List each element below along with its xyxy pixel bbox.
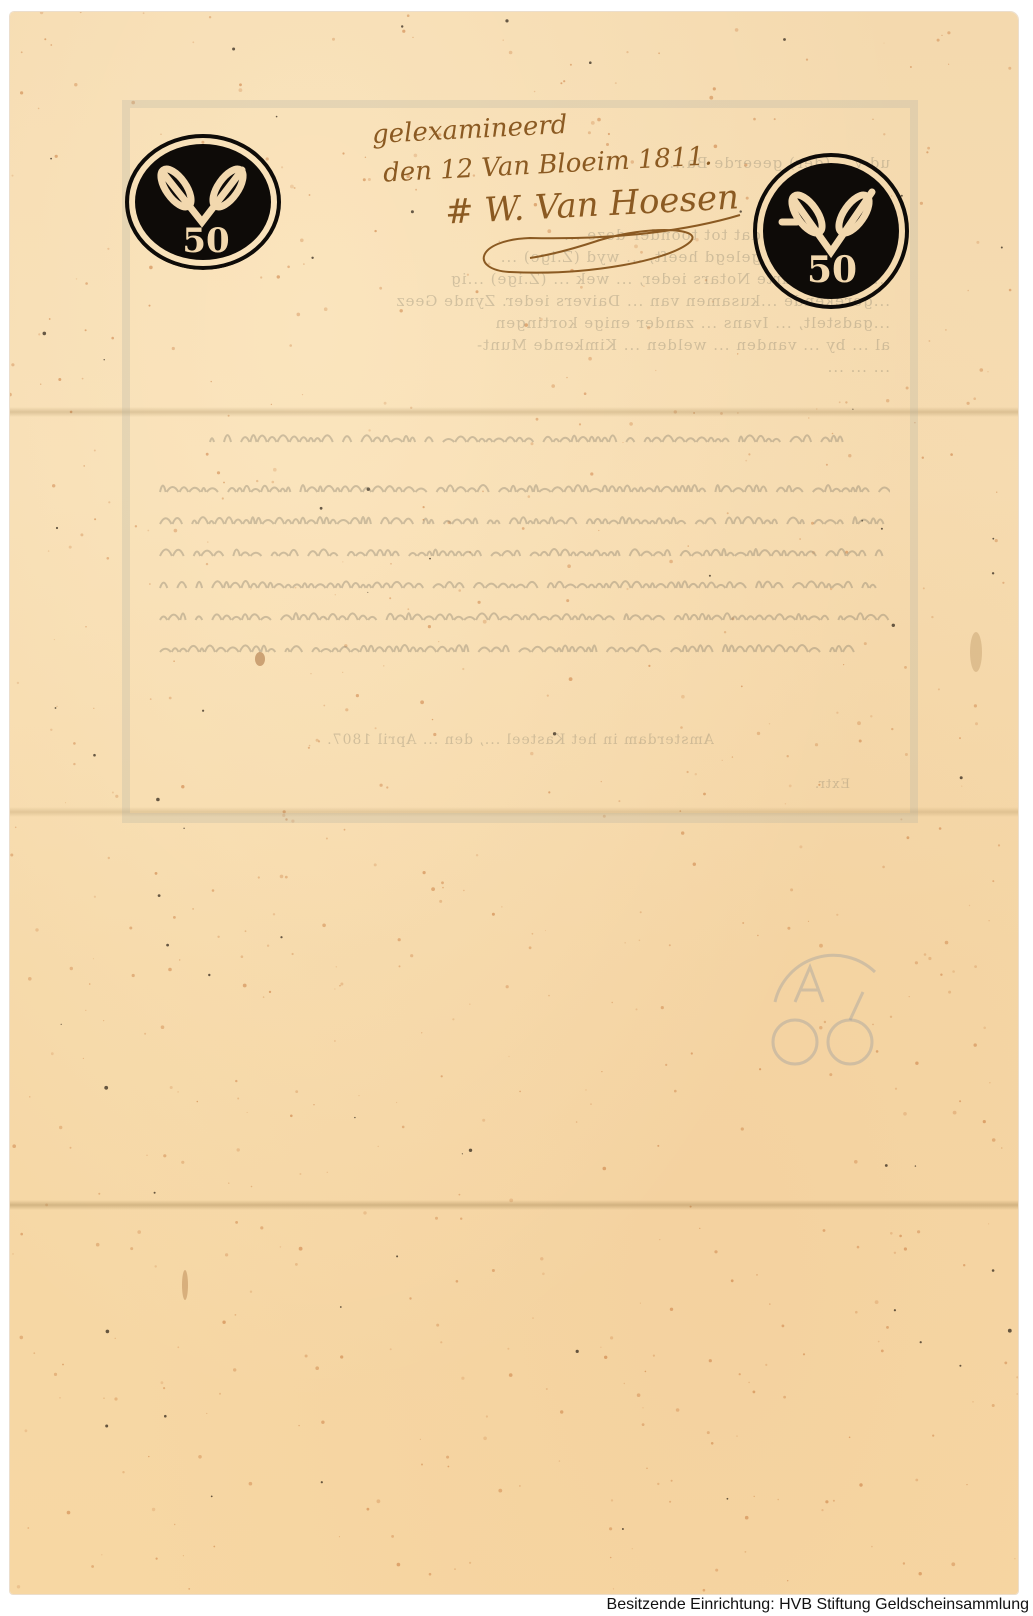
stamp-50-left: 50 xyxy=(124,130,282,270)
stain-spot xyxy=(182,1270,188,1300)
edge-stain xyxy=(970,632,982,672)
stamp-50-right: 50 xyxy=(752,152,910,310)
bleed-through-signature: Extr. xyxy=(790,777,850,792)
svg-text:50: 50 xyxy=(182,221,229,261)
ownership-caption: Besitzende Einrichtung: HVB Stiftung Gel… xyxy=(605,1596,1031,1614)
bleed-through-date-line: Amsterdam in het Kasteel ..., den ... Ap… xyxy=(150,732,890,748)
bleed-line: ... ... ... xyxy=(150,356,890,378)
bleed-line: ...gadstelt, ... Ivans ... zander enige … xyxy=(150,312,890,334)
fold-crease-3 xyxy=(10,1200,1018,1210)
svg-text:50: 50 xyxy=(807,249,857,291)
bleed-through-script-block xyxy=(150,422,890,682)
watermark-emblem xyxy=(755,932,905,1082)
bleed-line: ...gerekende ...kusamen van ... Daivers … xyxy=(150,290,890,312)
signature-flourish xyxy=(470,210,750,280)
stain-spot xyxy=(255,652,265,666)
bleed-line: al ... by ... vanden ... welden ... Kimk… xyxy=(150,334,890,356)
